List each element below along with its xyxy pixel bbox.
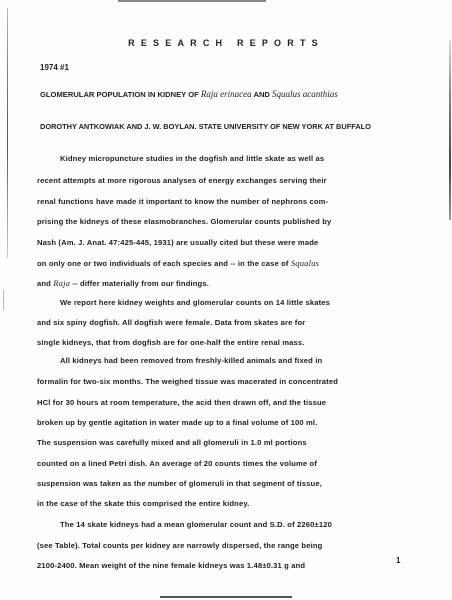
paragraph-4-line: The 14 skate kidneys had a mean glomerul… — [60, 520, 332, 529]
paragraph-2-line: We report here kidney weights and glomer… — [60, 298, 330, 307]
species-raja: Raja erinacea — [201, 89, 252, 99]
scan-margin-left-mark — [3, 290, 4, 310]
paragraph-1-line: Nash (Am. J. Anat. 47:425-445, 1931) are… — [37, 238, 318, 247]
paragraph-1-line: renal functions have made it important t… — [37, 197, 328, 206]
paragraph-3-line: formalin for two-six months. The weighed… — [37, 377, 338, 386]
text-run: on only one or two individuals of each s… — [37, 259, 291, 268]
paragraph-2-line: single kidneys, that from dogfish are fo… — [37, 338, 305, 347]
scan-edge-bottom — [160, 596, 292, 598]
paragraph-3-line: The suspension was carefully mixed and a… — [37, 438, 307, 447]
document-page: RESEARCH REPORTS 1974 #1 GLOMERULAR POPU… — [0, 0, 452, 600]
paragraph-2-line: and six spiny dogfish. All dogfish were … — [37, 318, 305, 327]
text-run: and — [37, 279, 53, 288]
paragraph-1-line: and Raja -- differ materially from our f… — [37, 278, 209, 288]
italic-raja: Raja — [53, 278, 70, 288]
paragraph-1-line: on only one or two individuals of each s… — [37, 258, 319, 268]
paragraph-1-line: recent attempts at more rigorous analyse… — [37, 176, 327, 185]
issue-number: 1974 #1 — [40, 63, 69, 72]
paragraph-4-line: (see Table). Total counts per kidney are… — [37, 541, 322, 550]
paragraph-3-line: HCl for 30 hours at room temperature, th… — [37, 398, 326, 407]
italic-squalus: Squalus — [291, 258, 319, 268]
text-run: -- differ materially from our findings. — [70, 279, 209, 288]
authors-affiliation: DOROTHY ANTKOWIAK AND J. W. BOYLAN. STAT… — [40, 122, 371, 131]
scan-edge-top — [118, 0, 266, 2]
section-heading: RESEARCH REPORTS — [0, 38, 452, 48]
paragraph-4-line: 2100-2400. Mean weight of the nine femal… — [37, 561, 305, 570]
paragraph-1-line: Kidney micropuncture studies in the dogf… — [60, 154, 324, 163]
scan-edge-right — [449, 40, 451, 220]
title-middle: AND — [252, 90, 272, 99]
paragraph-3-line: counted on a lined Petri dish. An averag… — [37, 459, 317, 468]
species-squalus: Squalus acanthias — [272, 89, 338, 99]
report-title: GLOMERULAR POPULATION IN KIDNEY OF Raja … — [40, 89, 338, 99]
paragraph-1-line: prising the kidneys of these elasmobranc… — [37, 217, 331, 226]
paragraph-3-line: suspension was taken as the number of gl… — [37, 479, 322, 488]
page-number: 1 — [396, 556, 400, 565]
paragraph-3-line: All kidneys had been removed from freshl… — [60, 356, 322, 365]
title-prefix: GLOMERULAR POPULATION IN KIDNEY OF — [40, 90, 201, 99]
paragraph-3-line: in the case of the skate this comprised … — [37, 499, 249, 508]
paragraph-3-line: broken up by gentle agitation in water m… — [37, 418, 317, 427]
